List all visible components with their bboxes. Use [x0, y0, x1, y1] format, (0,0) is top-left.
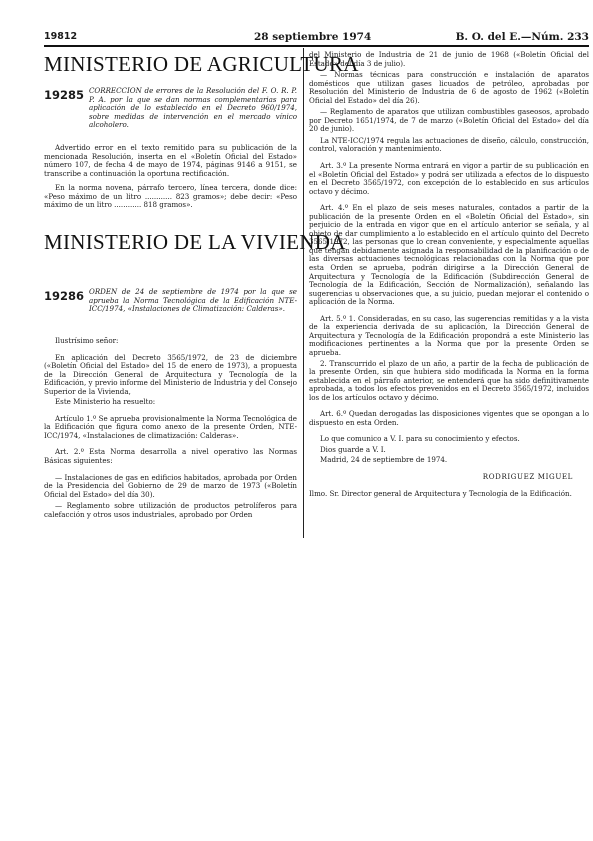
paragraph: La NTE-ICC/1974 regula las actuaciones d…: [309, 137, 589, 154]
article-5-2: 2. Transcurrido el plazo de un año, a pa…: [309, 360, 589, 403]
column-divider: [303, 48, 304, 538]
page-header: 19812 28 septiembre 1974 B. O. del E.—Nú…: [44, 31, 589, 45]
article-1: Artículo 1.º Se aprueba provisionalmente…: [44, 415, 297, 441]
paragraph: En aplicación del Decreto 3565/1972, de …: [44, 354, 297, 397]
list-item: — Normas técnicas para construcción e in…: [309, 71, 589, 105]
paragraph: del Ministerio de Industria de 21 de jun…: [309, 51, 589, 68]
article-6: Art. 6.º Quedan derogadas las disposicio…: [309, 410, 589, 427]
gazette-page: 19812 28 septiembre 1974 B. O. del E.—Nú…: [0, 0, 593, 841]
signature: RODRIGUEZ MIGUEL: [309, 473, 589, 482]
article-4: Art. 4.º En el plazo de seis meses natur…: [309, 204, 589, 307]
order-body: Ilustrísimo señor: En aplicación del Dec…: [44, 337, 297, 519]
closing-line: Madrid, 24 de septiembre de 1974.: [309, 456, 589, 465]
entry-number: 19286: [44, 289, 84, 303]
list-item: — Reglamento sobre utilización de produc…: [44, 502, 297, 519]
ministry-heading-vivienda: MINISTERIO DE LA VIVIENDA: [44, 230, 346, 255]
article-2: Art. 2.º Esta Norma desarrolla a nivel o…: [44, 448, 297, 465]
entry-number: 19285: [44, 88, 84, 102]
entry-title: ORDEN de 24 de septiembre de 1974 por la…: [89, 288, 297, 314]
closing-line: Dios guarde a V. I.: [309, 446, 589, 455]
entry-title: CORRECCION de errores de la Resolución d…: [89, 87, 297, 130]
paragraph: Este Ministerio ha resuelto:: [44, 398, 297, 407]
page-number: 19812: [44, 31, 77, 42]
salutation: Ilustrísimo señor:: [44, 337, 297, 346]
header-rule: [44, 45, 589, 47]
article-3: Art. 3.º La presente Norma entrará en vi…: [309, 162, 589, 196]
right-column-body: del Ministerio de Industria de 21 de jun…: [309, 51, 589, 498]
article-5: Art. 5.º 1. Consideradas, en su caso, la…: [309, 315, 589, 358]
correction-body: Advertido error en el texto remitido par…: [44, 144, 297, 210]
closing-line: Lo que comunico a V. I. para su conocimi…: [309, 435, 589, 444]
publication-issue: B. O. del E.—Núm. 233: [456, 31, 589, 43]
paragraph: En la norma novena, párrafo tercero, lín…: [44, 184, 297, 210]
list-item: — Instalaciones de gas en edificios habi…: [44, 474, 297, 500]
addressee: Ilmo. Sr. Director general de Arquitectu…: [309, 490, 589, 499]
issue-date: 28 septiembre 1974: [254, 31, 371, 43]
paragraph: Advertido error en el texto remitido par…: [44, 144, 297, 178]
list-item: — Reglamento de aparatos que utilizan co…: [309, 108, 589, 134]
